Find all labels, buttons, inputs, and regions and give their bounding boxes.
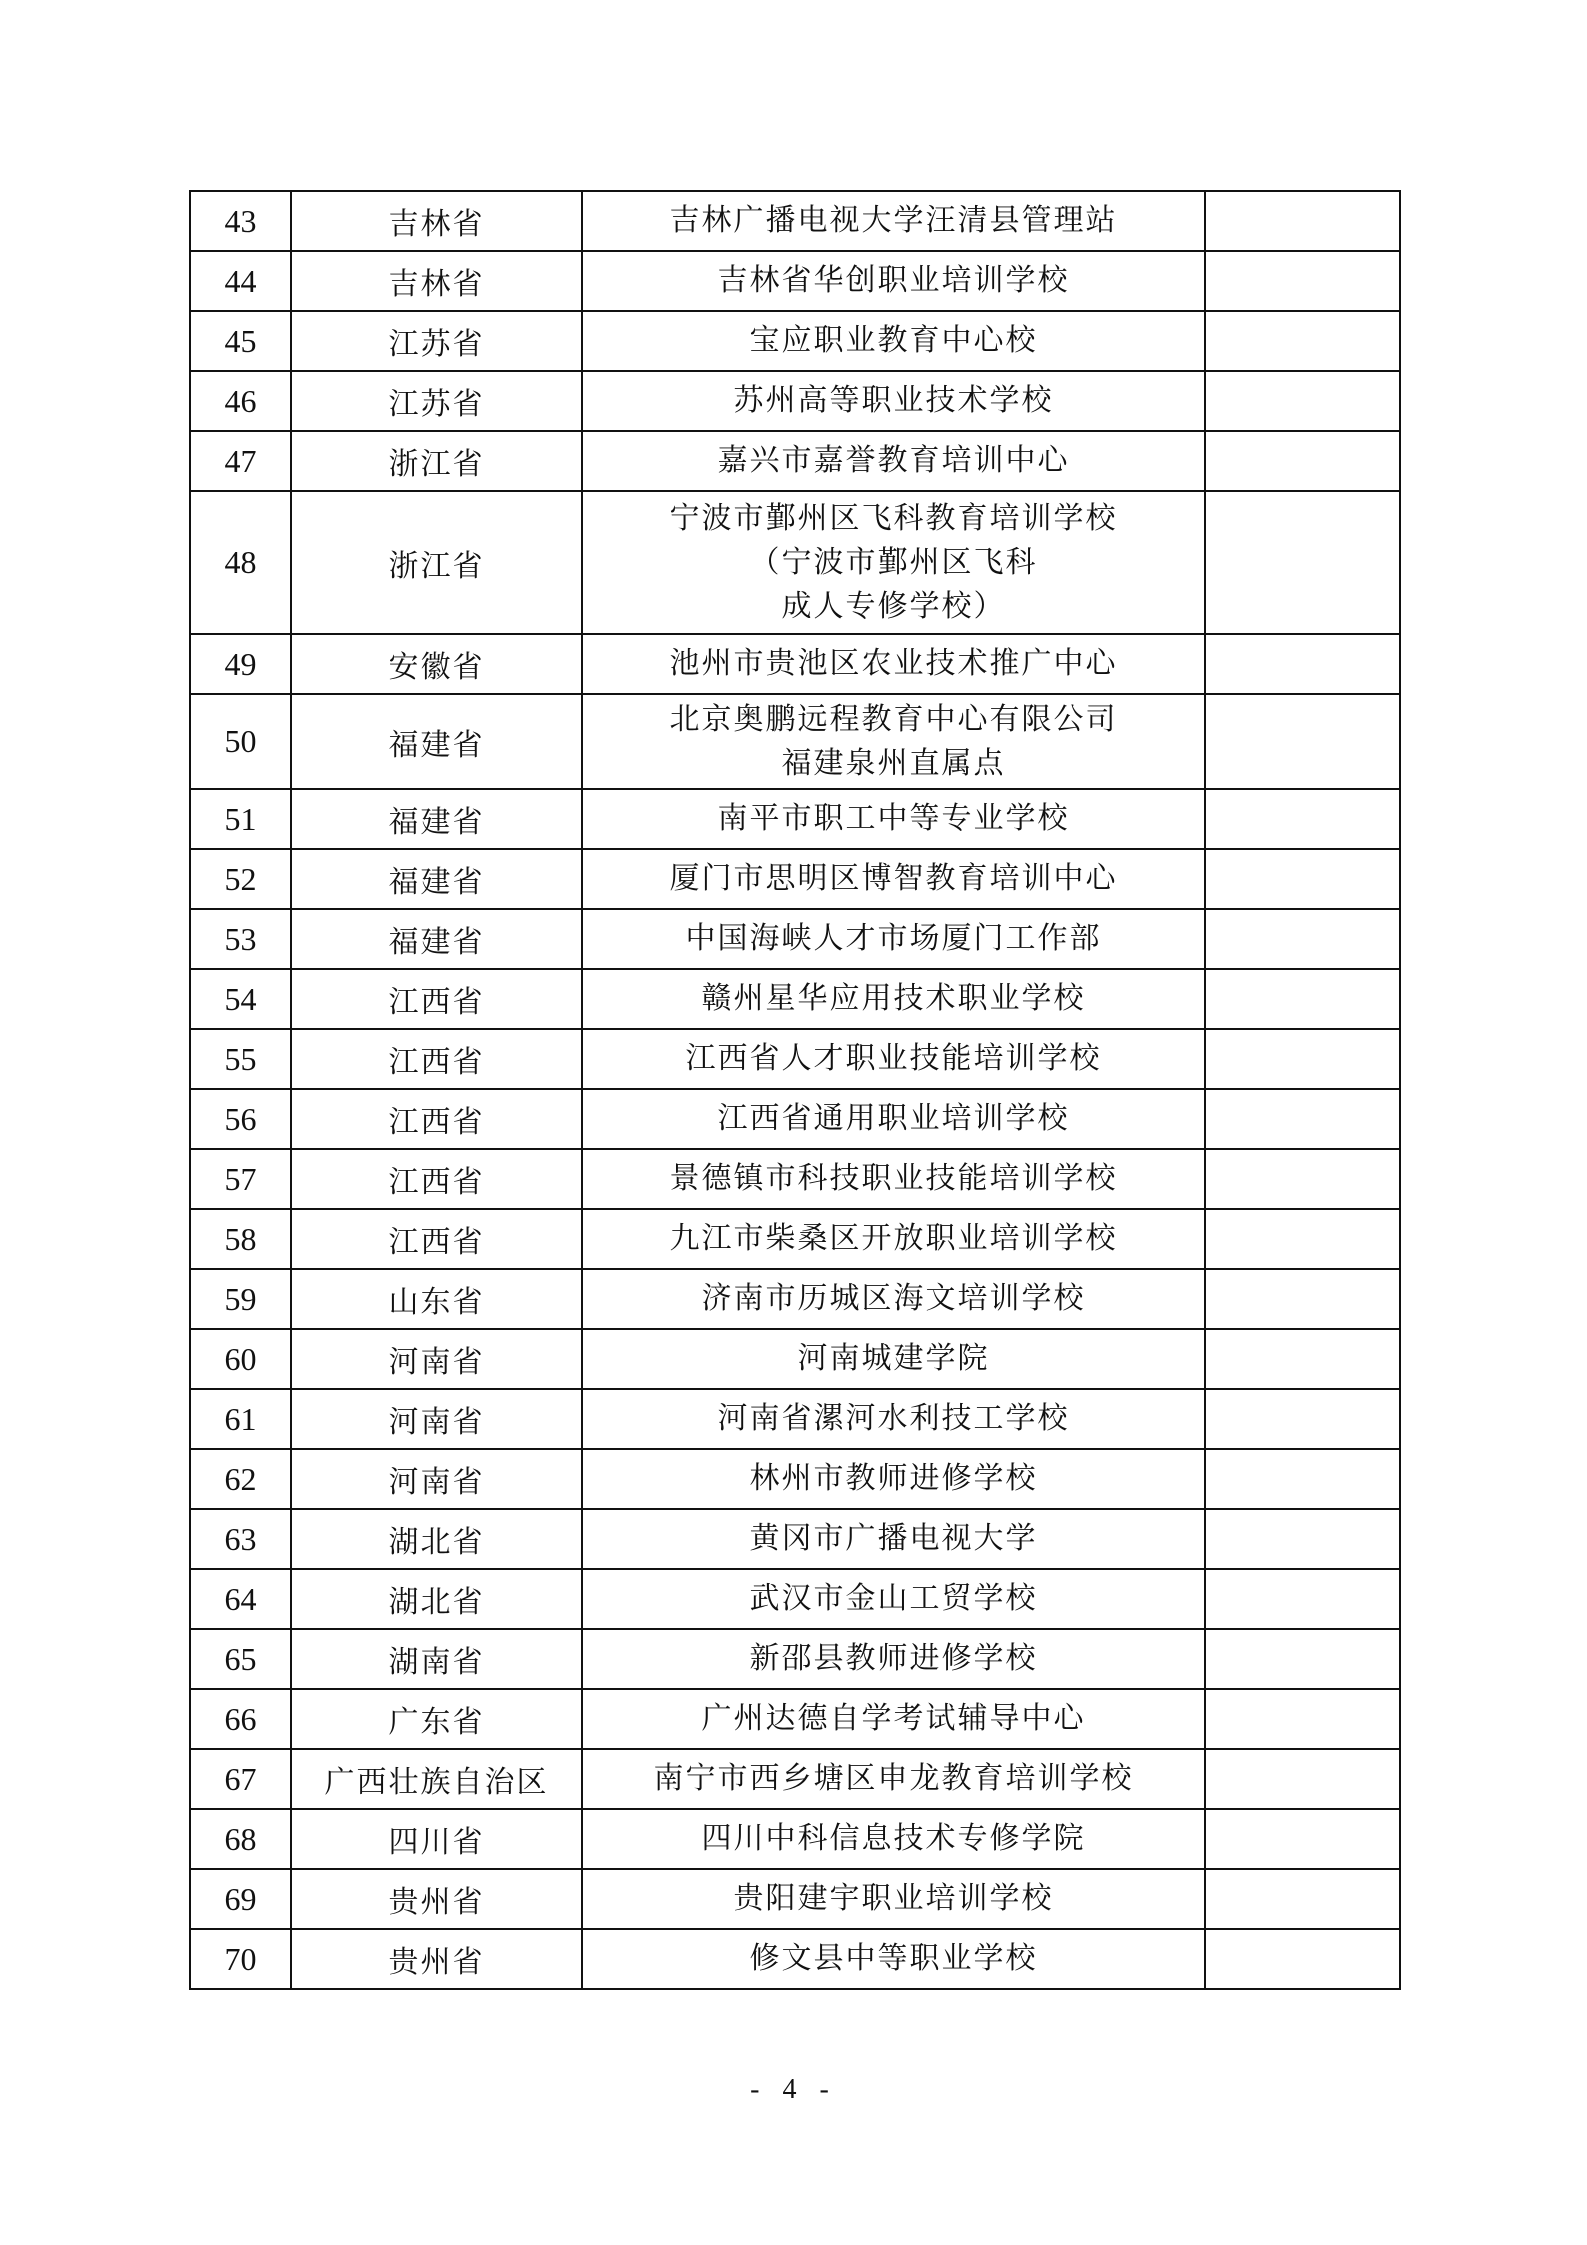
institution-name-cell: 吉林广播电视大学汪清县管理站 bbox=[582, 191, 1205, 251]
institution-name-line: 苏州高等职业技术学校 bbox=[583, 379, 1204, 423]
remarks-cell bbox=[1205, 191, 1400, 251]
table-row: 56江西省江西省通用职业培训学校 bbox=[190, 1089, 1400, 1149]
row-number: 50 bbox=[190, 694, 291, 789]
institution-name-line: 南平市职工中等专业学校 bbox=[583, 797, 1204, 841]
institution-name-cell: 河南省漯河水利技工学校 bbox=[582, 1389, 1205, 1449]
province-cell: 吉林省 bbox=[291, 191, 582, 251]
institution-name-cell: 九江市柴桑区开放职业培训学校 bbox=[582, 1209, 1205, 1269]
remarks-cell bbox=[1205, 311, 1400, 371]
row-number: 53 bbox=[190, 909, 291, 969]
row-number: 48 bbox=[190, 491, 291, 634]
table-row: 45江苏省宝应职业教育中心校 bbox=[190, 311, 1400, 371]
table-row: 55江西省江西省人才职业技能培训学校 bbox=[190, 1029, 1400, 1089]
table-row: 65湖南省新邵县教师进修学校 bbox=[190, 1629, 1400, 1689]
institution-name-line: 贵阳建宇职业培训学校 bbox=[583, 1877, 1204, 1921]
institution-name-line: （宁波市鄞州区飞科 bbox=[583, 541, 1204, 585]
table-row: 44吉林省吉林省华创职业培训学校 bbox=[190, 251, 1400, 311]
row-number: 62 bbox=[190, 1449, 291, 1509]
province-cell: 江苏省 bbox=[291, 371, 582, 431]
table-row: 46江苏省苏州高等职业技术学校 bbox=[190, 371, 1400, 431]
institution-name-cell: 苏州高等职业技术学校 bbox=[582, 371, 1205, 431]
institution-name-line: 黄冈市广播电视大学 bbox=[583, 1517, 1204, 1561]
institution-name-cell: 武汉市金山工贸学校 bbox=[582, 1569, 1205, 1629]
row-number: 56 bbox=[190, 1089, 291, 1149]
institution-name-cell: 宁波市鄞州区飞科教育培训学校（宁波市鄞州区飞科成人专修学校） bbox=[582, 491, 1205, 634]
province-cell: 广东省 bbox=[291, 1689, 582, 1749]
institution-name-line: 江西省通用职业培训学校 bbox=[583, 1097, 1204, 1141]
row-number: 49 bbox=[190, 634, 291, 694]
remarks-cell bbox=[1205, 1929, 1400, 1989]
table-row: 47浙江省嘉兴市嘉誉教育培训中心 bbox=[190, 431, 1400, 491]
province-cell: 江西省 bbox=[291, 969, 582, 1029]
remarks-cell bbox=[1205, 1389, 1400, 1449]
province-cell: 广西壮族自治区 bbox=[291, 1749, 582, 1809]
table-row: 70贵州省修文县中等职业学校 bbox=[190, 1929, 1400, 1989]
province-cell: 福建省 bbox=[291, 909, 582, 969]
province-cell: 贵州省 bbox=[291, 1869, 582, 1929]
row-number: 51 bbox=[190, 789, 291, 849]
institution-name-line: 河南省漯河水利技工学校 bbox=[583, 1397, 1204, 1441]
row-number: 60 bbox=[190, 1329, 291, 1389]
remarks-cell bbox=[1205, 909, 1400, 969]
province-cell: 江西省 bbox=[291, 1149, 582, 1209]
remarks-cell bbox=[1205, 1869, 1400, 1929]
institution-name-line: 吉林广播电视大学汪清县管理站 bbox=[583, 199, 1204, 243]
institution-name-line: 广州达德自学考试辅导中心 bbox=[583, 1697, 1204, 1741]
institution-name-cell: 江西省通用职业培训学校 bbox=[582, 1089, 1205, 1149]
remarks-cell bbox=[1205, 1629, 1400, 1689]
table-row: 51福建省南平市职工中等专业学校 bbox=[190, 789, 1400, 849]
row-number: 44 bbox=[190, 251, 291, 311]
table-row: 43吉林省吉林广播电视大学汪清县管理站 bbox=[190, 191, 1400, 251]
province-cell: 安徽省 bbox=[291, 634, 582, 694]
remarks-cell bbox=[1205, 371, 1400, 431]
province-cell: 江西省 bbox=[291, 1209, 582, 1269]
remarks-cell bbox=[1205, 491, 1400, 634]
institution-name-line: 成人专修学校） bbox=[583, 585, 1204, 629]
institution-name-line: 九江市柴桑区开放职业培训学校 bbox=[583, 1217, 1204, 1261]
institution-name-line: 南宁市西乡塘区申龙教育培训学校 bbox=[583, 1757, 1204, 1801]
row-number: 58 bbox=[190, 1209, 291, 1269]
remarks-cell bbox=[1205, 1209, 1400, 1269]
institution-name-line: 宝应职业教育中心校 bbox=[583, 319, 1204, 363]
institution-name-line: 吉林省华创职业培训学校 bbox=[583, 259, 1204, 303]
row-number: 67 bbox=[190, 1749, 291, 1809]
institution-name-line: 江西省人才职业技能培训学校 bbox=[583, 1037, 1204, 1081]
institution-name-line: 嘉兴市嘉誉教育培训中心 bbox=[583, 439, 1204, 483]
remarks-cell bbox=[1205, 251, 1400, 311]
province-cell: 江苏省 bbox=[291, 311, 582, 371]
remarks-cell bbox=[1205, 1269, 1400, 1329]
row-number: 59 bbox=[190, 1269, 291, 1329]
row-number: 55 bbox=[190, 1029, 291, 1089]
page-number: - 4 - bbox=[0, 2074, 1587, 2106]
institution-name-cell: 南平市职工中等专业学校 bbox=[582, 789, 1205, 849]
province-cell: 浙江省 bbox=[291, 491, 582, 634]
row-number: 65 bbox=[190, 1629, 291, 1689]
institution-name-line: 新邵县教师进修学校 bbox=[583, 1637, 1204, 1681]
table-row: 69贵州省贵阳建宇职业培训学校 bbox=[190, 1869, 1400, 1929]
table-body: 43吉林省吉林广播电视大学汪清县管理站44吉林省吉林省华创职业培训学校45江苏省… bbox=[190, 191, 1400, 1989]
institution-name-line: 赣州星华应用技术职业学校 bbox=[583, 977, 1204, 1021]
table-row: 57江西省景德镇市科技职业技能培训学校 bbox=[190, 1149, 1400, 1209]
institution-name-cell: 广州达德自学考试辅导中心 bbox=[582, 1689, 1205, 1749]
row-number: 63 bbox=[190, 1509, 291, 1569]
table-row: 50福建省北京奥鹏远程教育中心有限公司福建泉州直属点 bbox=[190, 694, 1400, 789]
row-number: 54 bbox=[190, 969, 291, 1029]
row-number: 45 bbox=[190, 311, 291, 371]
row-number: 70 bbox=[190, 1929, 291, 1989]
remarks-cell bbox=[1205, 1749, 1400, 1809]
institution-name-cell: 江西省人才职业技能培训学校 bbox=[582, 1029, 1205, 1089]
table-row: 61河南省河南省漯河水利技工学校 bbox=[190, 1389, 1400, 1449]
table-row: 59山东省济南市历城区海文培训学校 bbox=[190, 1269, 1400, 1329]
remarks-cell bbox=[1205, 1029, 1400, 1089]
province-cell: 贵州省 bbox=[291, 1929, 582, 1989]
institution-name-cell: 新邵县教师进修学校 bbox=[582, 1629, 1205, 1689]
province-cell: 吉林省 bbox=[291, 251, 582, 311]
row-number: 52 bbox=[190, 849, 291, 909]
institution-table: 43吉林省吉林广播电视大学汪清县管理站44吉林省吉林省华创职业培训学校45江苏省… bbox=[189, 190, 1401, 1990]
province-cell: 山东省 bbox=[291, 1269, 582, 1329]
institution-name-cell: 南宁市西乡塘区申龙教育培训学校 bbox=[582, 1749, 1205, 1809]
table-row: 48浙江省宁波市鄞州区飞科教育培训学校（宁波市鄞州区飞科成人专修学校） bbox=[190, 491, 1400, 634]
institution-name-line: 中国海峡人才市场厦门工作部 bbox=[583, 917, 1204, 961]
table-row: 53福建省中国海峡人才市场厦门工作部 bbox=[190, 909, 1400, 969]
institution-name-cell: 修文县中等职业学校 bbox=[582, 1929, 1205, 1989]
province-cell: 江西省 bbox=[291, 1089, 582, 1149]
row-number: 47 bbox=[190, 431, 291, 491]
province-cell: 江西省 bbox=[291, 1029, 582, 1089]
institution-name-line: 池州市贵池区农业技术推广中心 bbox=[583, 642, 1204, 686]
remarks-cell bbox=[1205, 1569, 1400, 1629]
table-row: 58江西省九江市柴桑区开放职业培训学校 bbox=[190, 1209, 1400, 1269]
province-cell: 福建省 bbox=[291, 694, 582, 789]
institution-name-line: 北京奥鹏远程教育中心有限公司 bbox=[583, 698, 1204, 742]
table-row: 67广西壮族自治区南宁市西乡塘区申龙教育培训学校 bbox=[190, 1749, 1400, 1809]
institution-name-line: 河南城建学院 bbox=[583, 1337, 1204, 1381]
institution-name-cell: 宝应职业教育中心校 bbox=[582, 311, 1205, 371]
row-number: 68 bbox=[190, 1809, 291, 1869]
row-number: 66 bbox=[190, 1689, 291, 1749]
province-cell: 湖南省 bbox=[291, 1629, 582, 1689]
institution-name-cell: 济南市历城区海文培训学校 bbox=[582, 1269, 1205, 1329]
remarks-cell bbox=[1205, 1149, 1400, 1209]
institution-name-cell: 赣州星华应用技术职业学校 bbox=[582, 969, 1205, 1029]
table-row: 64湖北省武汉市金山工贸学校 bbox=[190, 1569, 1400, 1629]
institution-name-cell: 池州市贵池区农业技术推广中心 bbox=[582, 634, 1205, 694]
remarks-cell bbox=[1205, 1329, 1400, 1389]
remarks-cell bbox=[1205, 849, 1400, 909]
institution-name-cell: 厦门市思明区博智教育培训中心 bbox=[582, 849, 1205, 909]
province-cell: 四川省 bbox=[291, 1809, 582, 1869]
table-row: 62河南省林州市教师进修学校 bbox=[190, 1449, 1400, 1509]
remarks-cell bbox=[1205, 1089, 1400, 1149]
table-row: 52福建省厦门市思明区博智教育培训中心 bbox=[190, 849, 1400, 909]
table-row: 60河南省河南城建学院 bbox=[190, 1329, 1400, 1389]
institution-name-cell: 北京奥鹏远程教育中心有限公司福建泉州直属点 bbox=[582, 694, 1205, 789]
remarks-cell bbox=[1205, 969, 1400, 1029]
table-row: 63湖北省黄冈市广播电视大学 bbox=[190, 1509, 1400, 1569]
remarks-cell bbox=[1205, 431, 1400, 491]
remarks-cell bbox=[1205, 1509, 1400, 1569]
institution-name-cell: 林州市教师进修学校 bbox=[582, 1449, 1205, 1509]
remarks-cell bbox=[1205, 634, 1400, 694]
institution-name-line: 林州市教师进修学校 bbox=[583, 1457, 1204, 1501]
institution-name-line: 武汉市金山工贸学校 bbox=[583, 1577, 1204, 1621]
institution-name-cell: 河南城建学院 bbox=[582, 1329, 1205, 1389]
province-cell: 浙江省 bbox=[291, 431, 582, 491]
institution-name-cell: 黄冈市广播电视大学 bbox=[582, 1509, 1205, 1569]
province-cell: 福建省 bbox=[291, 849, 582, 909]
row-number: 57 bbox=[190, 1149, 291, 1209]
row-number: 61 bbox=[190, 1389, 291, 1449]
row-number: 43 bbox=[190, 191, 291, 251]
province-cell: 湖北省 bbox=[291, 1509, 582, 1569]
institution-name-line: 济南市历城区海文培训学校 bbox=[583, 1277, 1204, 1321]
institution-name-line: 厦门市思明区博智教育培训中心 bbox=[583, 857, 1204, 901]
institution-name-cell: 吉林省华创职业培训学校 bbox=[582, 251, 1205, 311]
province-cell: 河南省 bbox=[291, 1389, 582, 1449]
remarks-cell bbox=[1205, 1689, 1400, 1749]
institution-name-line: 景德镇市科技职业技能培训学校 bbox=[583, 1157, 1204, 1201]
row-number: 64 bbox=[190, 1569, 291, 1629]
row-number: 46 bbox=[190, 371, 291, 431]
institution-name-cell: 贵阳建宇职业培训学校 bbox=[582, 1869, 1205, 1929]
row-number: 69 bbox=[190, 1869, 291, 1929]
province-cell: 河南省 bbox=[291, 1329, 582, 1389]
institution-name-cell: 中国海峡人才市场厦门工作部 bbox=[582, 909, 1205, 969]
institution-name-cell: 景德镇市科技职业技能培训学校 bbox=[582, 1149, 1205, 1209]
remarks-cell bbox=[1205, 789, 1400, 849]
province-cell: 河南省 bbox=[291, 1449, 582, 1509]
institution-name-line: 福建泉州直属点 bbox=[583, 742, 1204, 786]
table-row: 66广东省广州达德自学考试辅导中心 bbox=[190, 1689, 1400, 1749]
institution-name-line: 修文县中等职业学校 bbox=[583, 1937, 1204, 1981]
remarks-cell bbox=[1205, 1449, 1400, 1509]
table-row: 54江西省赣州星华应用技术职业学校 bbox=[190, 969, 1400, 1029]
table-row: 68四川省四川中科信息技术专修学院 bbox=[190, 1809, 1400, 1869]
table-row: 49安徽省池州市贵池区农业技术推广中心 bbox=[190, 634, 1400, 694]
institution-name-cell: 四川中科信息技术专修学院 bbox=[582, 1809, 1205, 1869]
remarks-cell bbox=[1205, 1809, 1400, 1869]
province-cell: 福建省 bbox=[291, 789, 582, 849]
institution-name-line: 宁波市鄞州区飞科教育培训学校 bbox=[583, 497, 1204, 541]
remarks-cell bbox=[1205, 694, 1400, 789]
institution-name-line: 四川中科信息技术专修学院 bbox=[583, 1817, 1204, 1861]
institution-name-cell: 嘉兴市嘉誉教育培训中心 bbox=[582, 431, 1205, 491]
province-cell: 湖北省 bbox=[291, 1569, 582, 1629]
